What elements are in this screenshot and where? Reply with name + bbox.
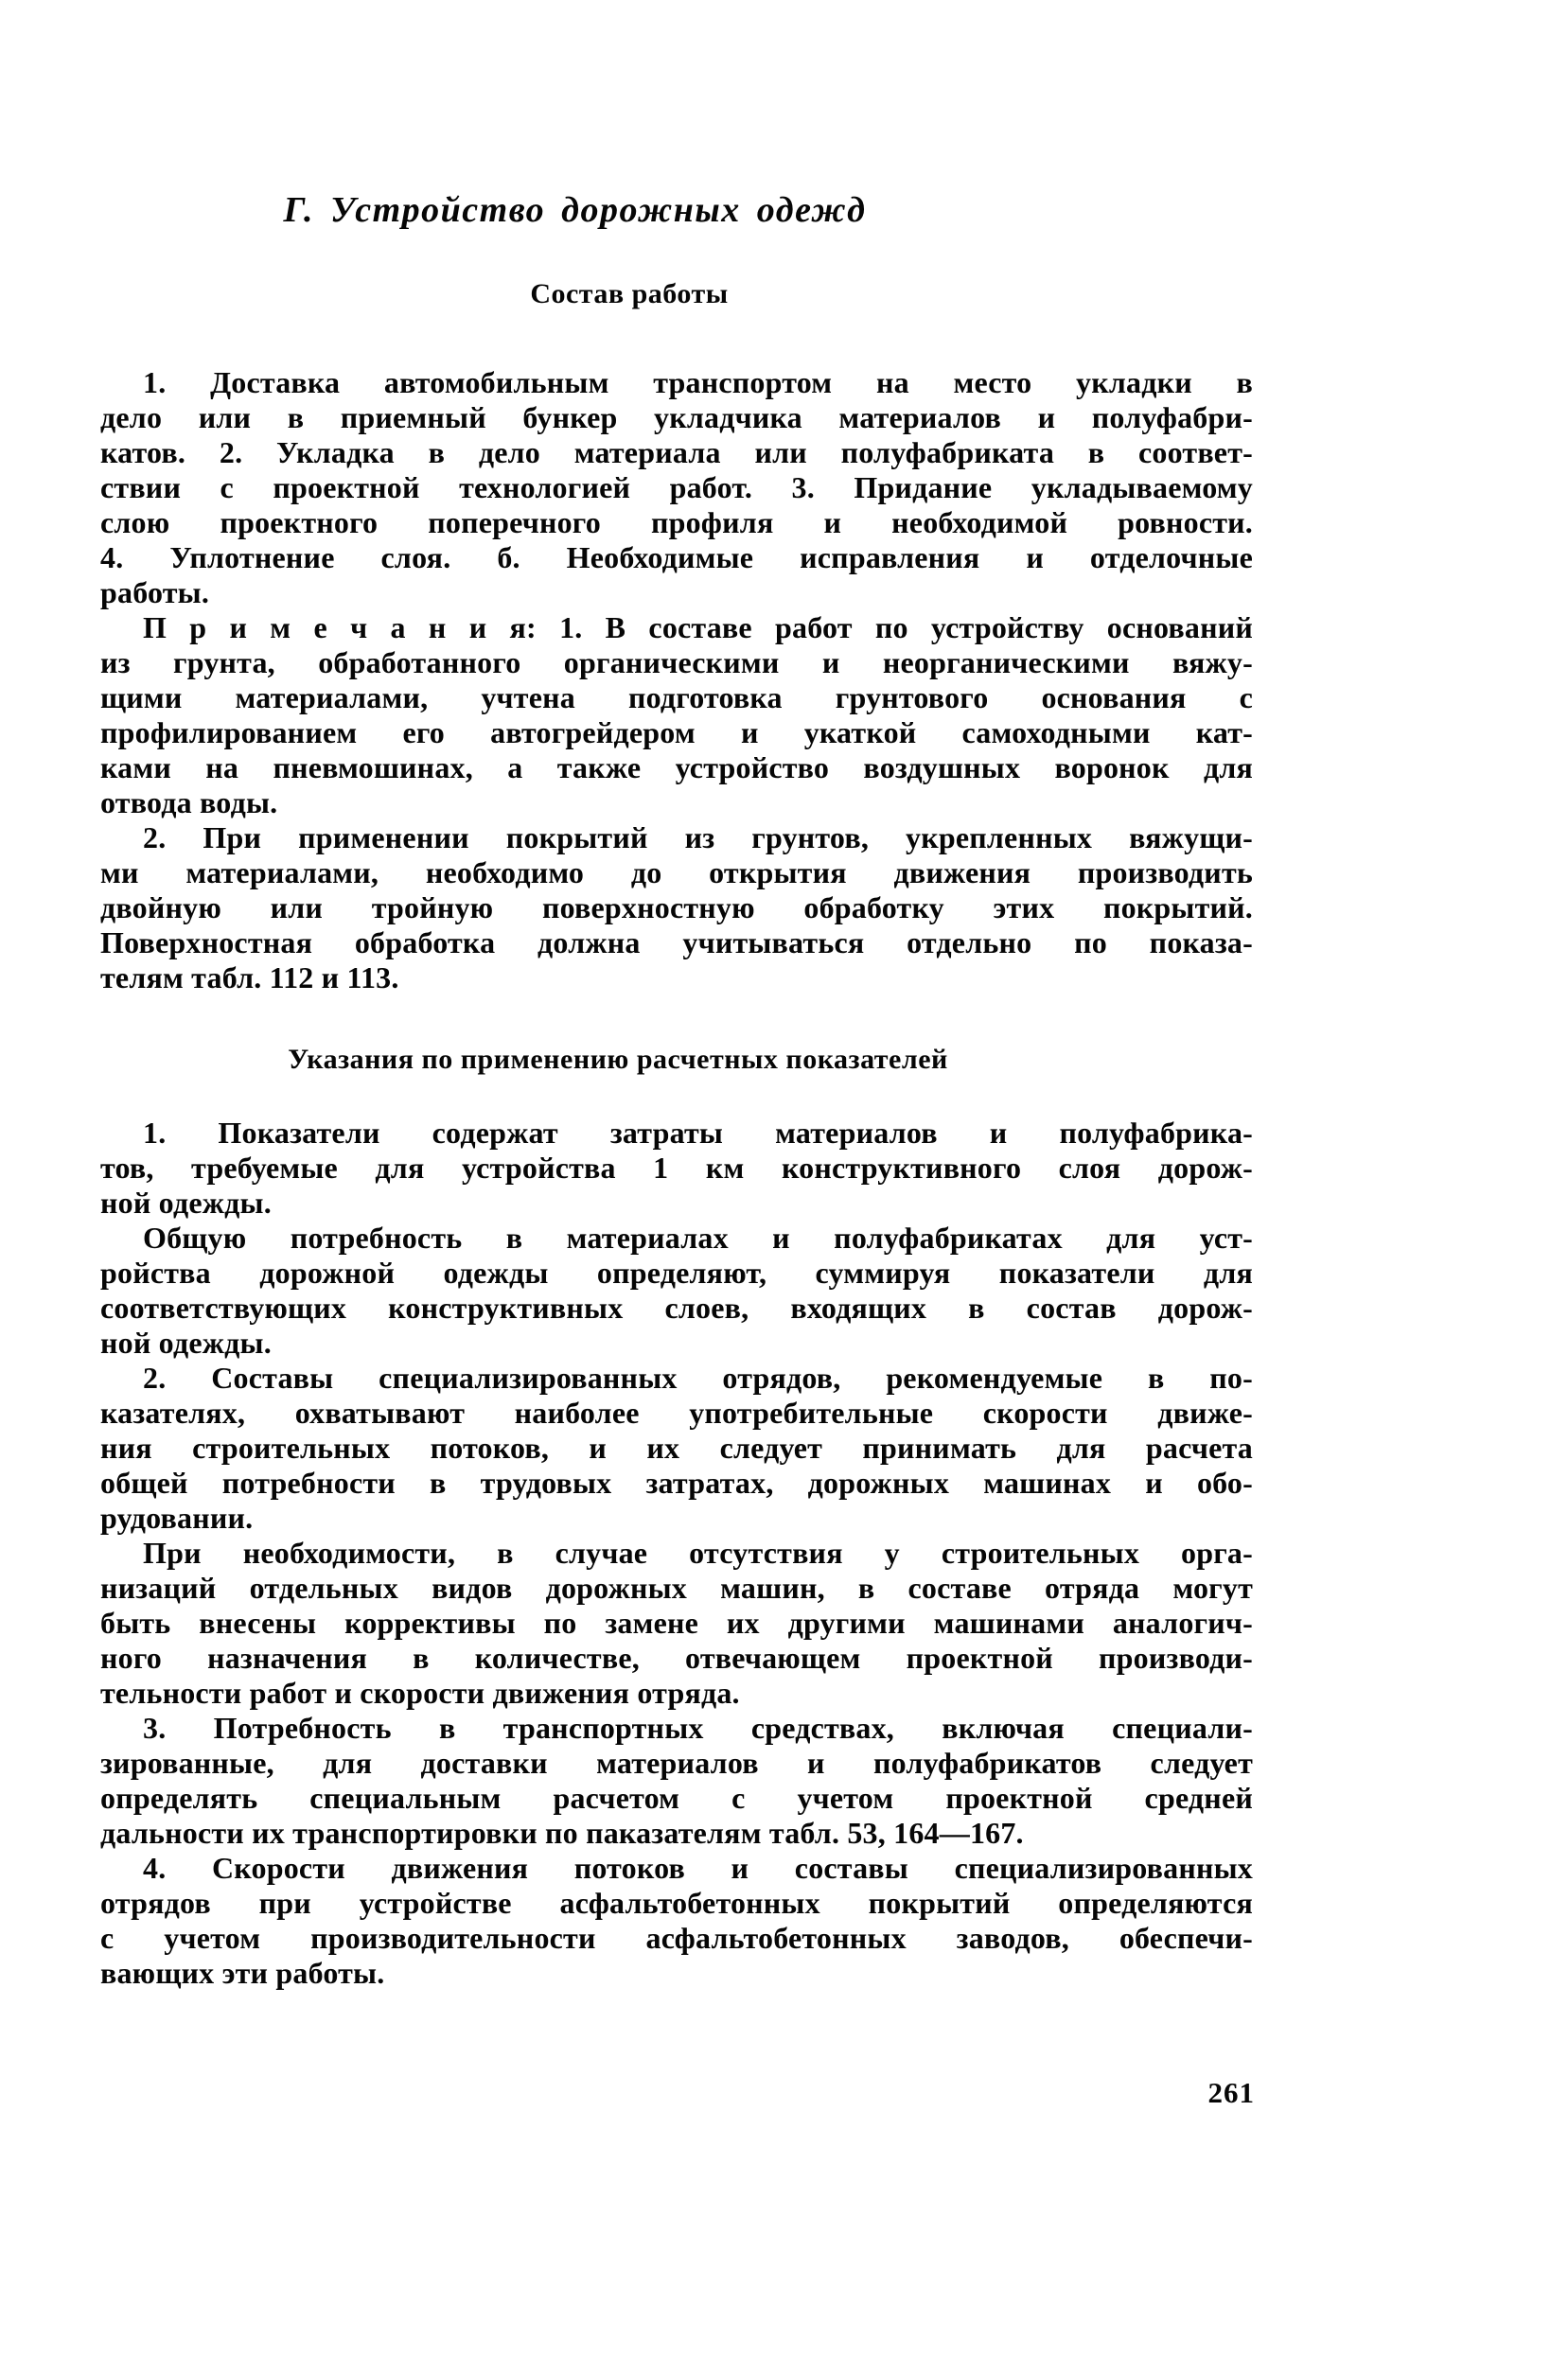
section-heading-guidance: Указания по применению расчетных показат…	[100, 1042, 1253, 1077]
paragraph: 2. При применении покрытий из грунтов, у…	[100, 820, 1253, 995]
text-line: 2. При применении покрытий из грунтов, у…	[100, 820, 1253, 855]
scanned-document-page: Г. Устройство дорожных одежд Состав рабо…	[0, 0, 1568, 2375]
paragraph: 3. Потребность в транспортных средствах,…	[100, 1711, 1253, 1851]
text-line: дальности их транспортировки по паказате…	[100, 1816, 1253, 1851]
paragraph: При необходимости, в случае отсутствия у…	[100, 1536, 1253, 1711]
text-line: общей потребности в трудовых затратах, д…	[100, 1466, 1253, 1501]
text-line: зированные, для доставки материалов и по…	[100, 1746, 1253, 1781]
text-line: слою проектного поперечного профиля и не…	[100, 505, 1253, 540]
text-line: 4. Уплотнение слоя. б. Необходимые испра…	[100, 540, 1253, 575]
section-heading-work-composition: Состав работы	[100, 276, 1253, 311]
paragraph: 1. Доставка автомобильным транспортом на…	[100, 365, 1253, 610]
text-line: щими материалами, учтена подготовка грун…	[100, 680, 1253, 715]
text-line: 1. Показатели содержат затраты материало…	[100, 1116, 1253, 1151]
text-line: При необходимости, в случае отсутствия у…	[100, 1536, 1253, 1571]
text-line: ройства дорожной одежды определяют, сумм…	[100, 1256, 1253, 1291]
text-line: двойную или тройную поверхностную обрабо…	[100, 890, 1253, 925]
text-line: 4. Скорости движения потоков и составы с…	[100, 1851, 1253, 1886]
text-line: с учетом производительности асфальтобето…	[100, 1921, 1253, 1956]
page-number: 261	[100, 2076, 1255, 2110]
text-line: определять специальным расчетом с учетом…	[100, 1781, 1253, 1816]
text-line: тов, требуемые для устройства 1 км конст…	[100, 1151, 1253, 1186]
text-line: соответствующих конструктивных слоев, вх…	[100, 1291, 1253, 1326]
text-line: вающих эти работы.	[100, 1956, 1253, 1991]
paragraph: Общую потребность в материалах и полуфаб…	[100, 1221, 1253, 1361]
text-line: рудовании.	[100, 1501, 1253, 1536]
text-line: профилированием его автогрейдером и укат…	[100, 715, 1253, 750]
paragraph: 2. Составы специализированных отрядов, р…	[100, 1361, 1253, 1536]
text-line: Поверхностная обработка должна учитывать…	[100, 925, 1253, 960]
text-block: Г. Устройство дорожных одежд Состав рабо…	[100, 187, 1253, 1991]
text-line: 3. Потребность в транспортных средствах,…	[100, 1711, 1253, 1746]
text-line: телям табл. 112 и 113.	[100, 960, 1253, 995]
text-line: дело или в приемный бункер укладчика мат…	[100, 400, 1253, 435]
paragraph: 4. Скорости движения потоков и составы с…	[100, 1851, 1253, 1991]
text-line: ми материалами, необходимо до открытия д…	[100, 855, 1253, 890]
paragraph: П р и м е ч а н и я: 1. В составе работ …	[100, 610, 1253, 820]
paragraph: 1. Показатели содержат затраты материало…	[100, 1116, 1253, 1221]
text-line: ния строительных потоков, и их следует п…	[100, 1431, 1253, 1466]
text-line: ной одежды.	[100, 1326, 1253, 1361]
text-line: 2. Составы специализированных отрядов, р…	[100, 1361, 1253, 1396]
text-line: работы.	[100, 575, 1253, 610]
work-composition-paragraphs: 1. Доставка автомобильным транспортом на…	[100, 365, 1253, 995]
text-line: отрядов при устройстве асфальтобетонных …	[100, 1886, 1253, 1921]
text-line: 1. Доставка автомобильным транспортом на…	[100, 365, 1253, 400]
text-line: из грунта, обработанного органическими и…	[100, 645, 1253, 680]
text-line: отвода воды.	[100, 785, 1253, 820]
guidance-paragraphs: 1. Показатели содержат затраты материало…	[100, 1116, 1253, 1991]
text-line: тельности работ и скорости движения отря…	[100, 1676, 1253, 1711]
text-line: ной одежды.	[100, 1186, 1253, 1221]
text-line: П р и м е ч а н и я: 1. В составе работ …	[100, 610, 1253, 645]
text-line: катов. 2. Укладка в дело материала или п…	[100, 435, 1253, 470]
text-line: казателях, охватывают наиболее употребит…	[100, 1396, 1253, 1431]
text-line: Общую потребность в материалах и полуфаб…	[100, 1221, 1253, 1256]
text-line: быть внесены коррективы по замене их дру…	[100, 1606, 1253, 1641]
chapter-title: Г. Устройство дорожных одежд	[100, 187, 1253, 233]
text-line: ками на пневмошинах, а также устройство …	[100, 750, 1253, 785]
text-line: ствии с проектной технологией работ. 3. …	[100, 470, 1253, 505]
text-line: ного назначения в количестве, отвечающем…	[100, 1641, 1253, 1676]
text-line: низаций отдельных видов дорожных машин, …	[100, 1571, 1253, 1606]
